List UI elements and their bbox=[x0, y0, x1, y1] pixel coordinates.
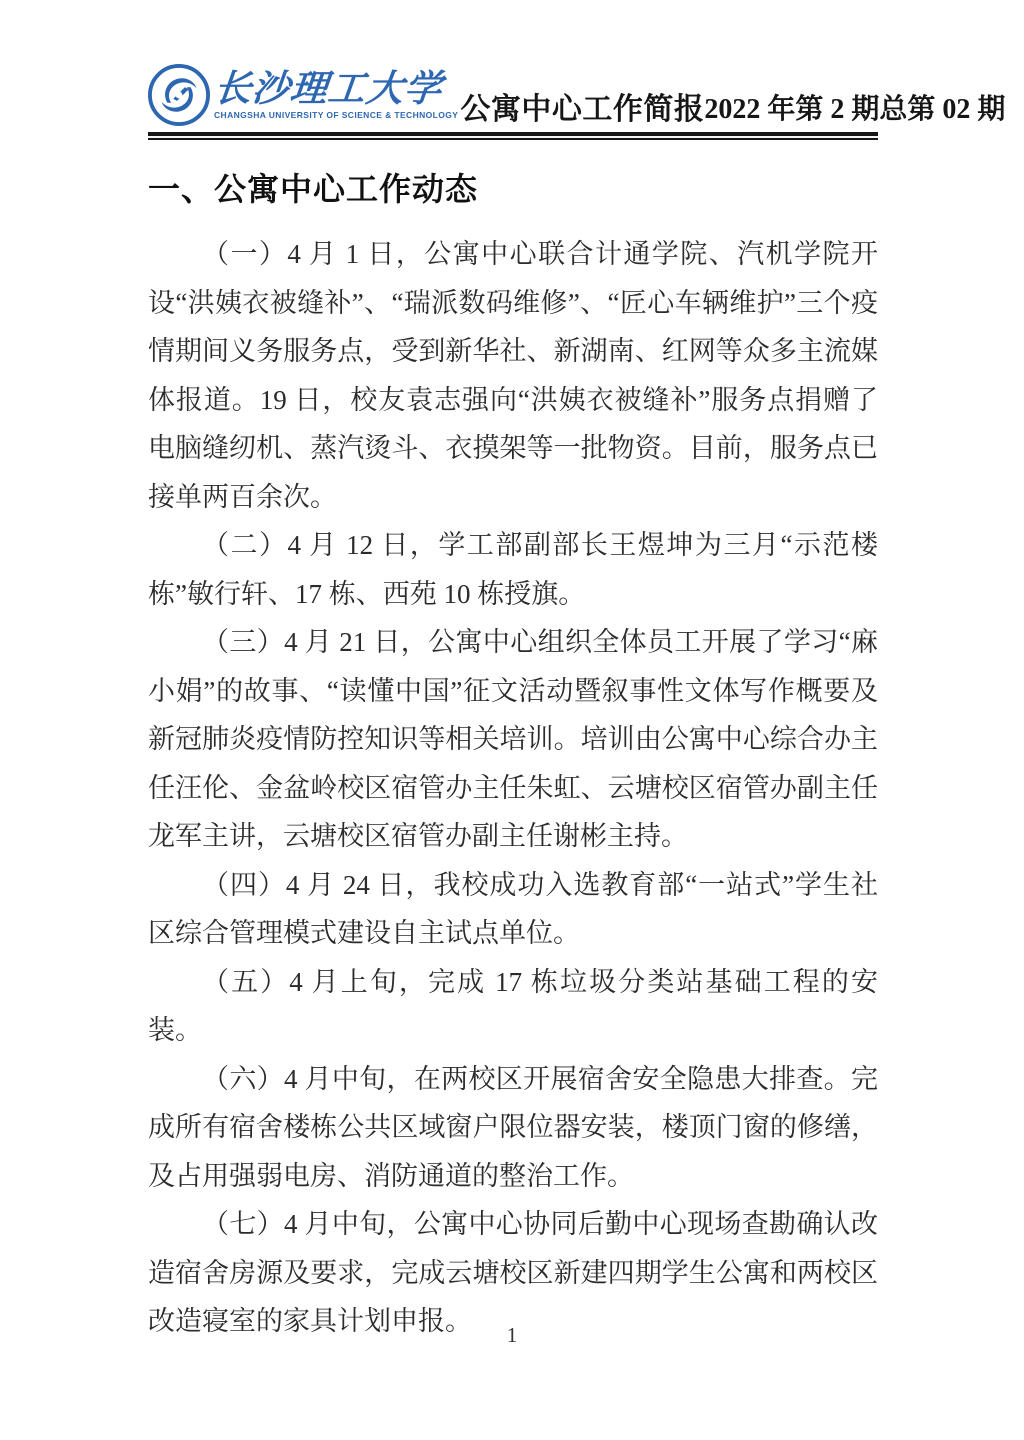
paragraph-5: （五）4 月上旬，完成 17 栋垃圾分类站基础工程的安装。 bbox=[148, 958, 878, 1055]
paragraph-1: （一）4 月 1 日，公寓中心联合计通学院、汽机学院开设“洪姨衣被缝补”、“瑞派… bbox=[148, 230, 878, 521]
paragraph-4: （四）4 月 24 日，我校成功入选教育部“一站式”学生社区综合管理模式建设自主… bbox=[148, 861, 878, 958]
page-footer: 1 bbox=[0, 1323, 1024, 1348]
issue-info: 2022 年第 2 期总第 02 期 bbox=[704, 94, 1005, 126]
page-content: 长沙理工大学 CHANGSHA UNIVERSITY OF SCIENCE & … bbox=[148, 0, 878, 1346]
bulletin-page: 长沙理工大学 CHANGSHA UNIVERSITY OF SCIENCE & … bbox=[0, 0, 1024, 1440]
bulletin-title: 公寓中心工作简报 bbox=[460, 94, 704, 126]
masthead: 长沙理工大学 CHANGSHA UNIVERSITY OF SCIENCE & … bbox=[148, 64, 878, 126]
document-body: （一）4 月 1 日，公寓中心联合计通学院、汽机学院开设“洪姨衣被缝补”、“瑞派… bbox=[148, 230, 878, 1346]
university-brand: 长沙理工大学 CHANGSHA UNIVERSITY OF SCIENCE & … bbox=[148, 64, 458, 126]
header-divider bbox=[148, 132, 878, 140]
university-logo-icon bbox=[148, 64, 210, 126]
paragraph-2: （二）4 月 12 日，学工部副部长王煜坤为三月“示范楼栋”敏行轩、17 栋、西… bbox=[148, 521, 878, 618]
university-name-block: 长沙理工大学 CHANGSHA UNIVERSITY OF SCIENCE & … bbox=[214, 71, 458, 120]
university-name-zh: 长沙理工大学 bbox=[212, 71, 460, 109]
university-name-en: CHANGSHA UNIVERSITY OF SCIENCE & TECHNOL… bbox=[214, 110, 458, 120]
paragraph-6: （六）4 月中旬，在两校区开展宿舍安全隐患大排查。完成所有宿舍楼栋公共区域窗户限… bbox=[148, 1055, 878, 1201]
paragraph-3: （三）4 月 21 日，公寓中心组织全体员工开展了学习“麻小娟”的故事、“读懂中… bbox=[148, 618, 878, 861]
divider-thin-line bbox=[148, 138, 878, 140]
page-number: 1 bbox=[507, 1323, 518, 1347]
section-heading: 一、公寓中心工作动态 bbox=[148, 170, 878, 208]
